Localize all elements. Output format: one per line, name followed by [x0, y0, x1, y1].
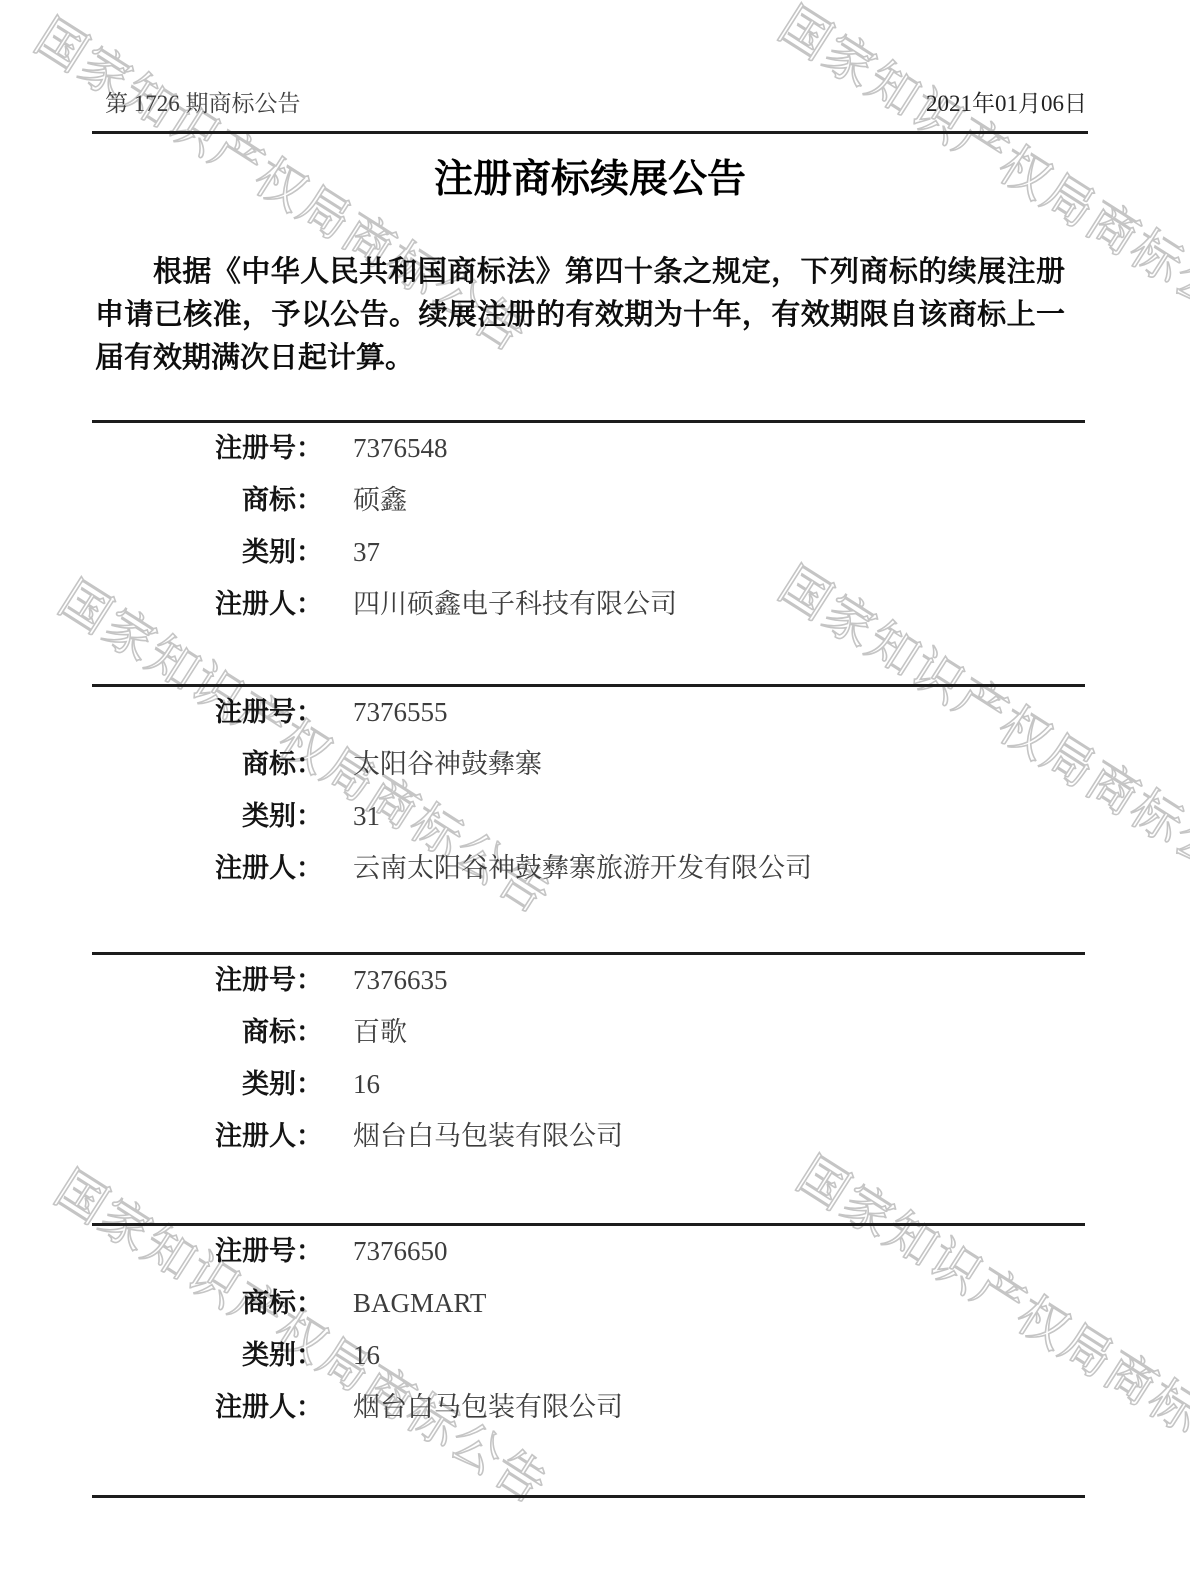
- field-label-reg-no: 注册号：: [92, 433, 323, 463]
- field-label-reg-no: 注册号：: [92, 697, 323, 727]
- field-label-trademark: 商标：: [92, 1017, 323, 1047]
- record-row-reg-no: 注册号： 7376555: [92, 697, 1085, 727]
- record-row-trademark: 商标： 百歌: [92, 1017, 1085, 1047]
- field-value-reg-no: 7376555: [353, 697, 448, 727]
- field-value-category: 16: [353, 1340, 380, 1370]
- field-value-registrant: 烟台白马包装有限公司: [353, 1392, 623, 1422]
- gazette-issue-number: 第 1726 期商标公告: [105, 90, 301, 118]
- field-label-registrant: 注册人：: [92, 853, 323, 883]
- record-row-registrant: 注册人： 烟台白马包装有限公司: [92, 1121, 1085, 1151]
- record-block: 注册号： 7376548 商标： 硕鑫 类别： 37 注册人： 四川硕鑫电子科技…: [92, 420, 1085, 684]
- record-row-reg-no: 注册号： 7376635: [92, 965, 1085, 995]
- field-value-reg-no: 7376650: [353, 1236, 448, 1266]
- field-label-trademark: 商标：: [92, 1288, 323, 1318]
- field-value-registrant: 云南太阳谷神鼓彝寨旅游开发有限公司: [353, 853, 812, 883]
- gazette-date: 2021年01月06日: [926, 90, 1087, 118]
- field-label-category: 类别：: [92, 1069, 323, 1099]
- field-value-registrant: 四川硕鑫电子科技有限公司: [353, 589, 677, 619]
- field-label-reg-no: 注册号：: [92, 1236, 323, 1266]
- record-row-trademark: 商标： BAGMART: [92, 1288, 1085, 1318]
- field-value-registrant: 烟台白马包装有限公司: [353, 1121, 623, 1151]
- field-label-trademark: 商标：: [92, 485, 323, 515]
- field-value-category: 16: [353, 1069, 380, 1099]
- field-value-trademark: BAGMART: [353, 1288, 486, 1318]
- record-row-trademark: 商标： 太阳谷神鼓彝寨: [92, 749, 1085, 779]
- record-row-registrant: 注册人： 云南太阳谷神鼓彝寨旅游开发有限公司: [92, 853, 1085, 883]
- bottom-rule: [92, 1495, 1085, 1498]
- record-row-registrant: 注册人： 四川硕鑫电子科技有限公司: [92, 589, 1085, 619]
- record-row-category: 类别： 37: [92, 537, 1085, 567]
- field-value-category: 31: [353, 801, 380, 831]
- field-label-registrant: 注册人：: [92, 1392, 323, 1422]
- record-block: 注册号： 7376635 商标： 百歌 类别： 16 注册人： 烟台白马包装有限…: [92, 952, 1085, 1223]
- record-row-trademark: 商标： 硕鑫: [92, 485, 1085, 515]
- field-label-registrant: 注册人：: [92, 1121, 323, 1151]
- record-block: 注册号： 7376650 商标： BAGMART 类别： 16 注册人： 烟台白…: [92, 1223, 1085, 1495]
- field-label-category: 类别：: [92, 537, 323, 567]
- record-row-category: 类别： 31: [92, 801, 1085, 831]
- field-value-reg-no: 7376635: [353, 965, 448, 995]
- field-value-trademark: 硕鑫: [353, 485, 407, 515]
- intro-paragraph: 根据《中华人民共和国商标法》第四十条之规定，下列商标的续展注册申请已核准，予以公…: [95, 251, 1065, 380]
- field-value-category: 37: [353, 537, 380, 567]
- record-row-category: 类别： 16: [92, 1069, 1085, 1099]
- field-label-category: 类别：: [92, 1340, 323, 1370]
- field-label-category: 类别：: [92, 801, 323, 831]
- page-title: 注册商标续展公告: [92, 148, 1088, 204]
- record-row-reg-no: 注册号： 7376548: [92, 433, 1085, 463]
- record-row-category: 类别： 16: [92, 1340, 1085, 1370]
- field-label-reg-no: 注册号：: [92, 965, 323, 995]
- records-table: 注册号： 7376548 商标： 硕鑫 类别： 37 注册人： 四川硕鑫电子科技…: [92, 420, 1085, 1498]
- record-row-registrant: 注册人： 烟台白马包装有限公司: [92, 1392, 1085, 1422]
- field-label-trademark: 商标：: [92, 749, 323, 779]
- field-value-trademark: 百歌: [353, 1017, 407, 1047]
- field-label-registrant: 注册人：: [92, 589, 323, 619]
- field-value-reg-no: 7376548: [353, 433, 448, 463]
- header-rule: [92, 131, 1088, 134]
- record-row-reg-no: 注册号： 7376650: [92, 1236, 1085, 1266]
- field-value-trademark: 太阳谷神鼓彝寨: [353, 749, 542, 779]
- record-block: 注册号： 7376555 商标： 太阳谷神鼓彝寨 类别： 31 注册人： 云南太…: [92, 684, 1085, 952]
